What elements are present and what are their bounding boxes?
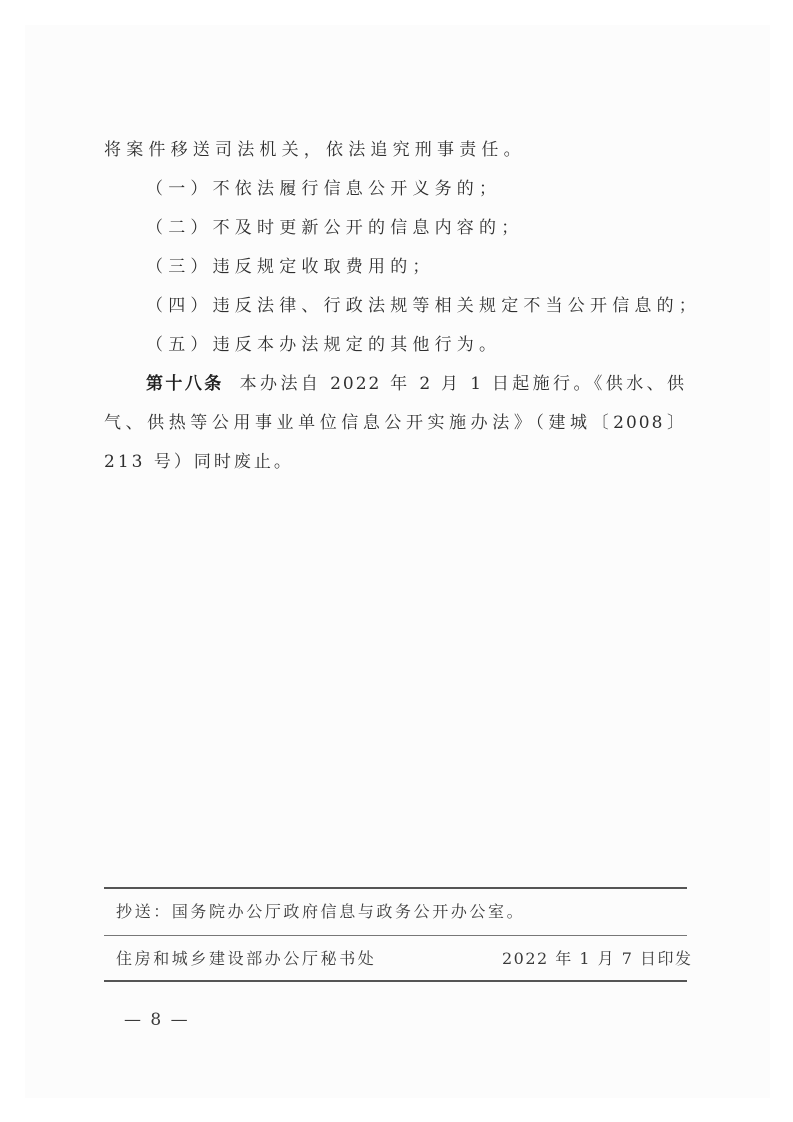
list-item-label: （一） xyxy=(146,179,213,199)
list-item-text: 违反法律、行政法规等相关规定不当公开信息的； xyxy=(213,296,701,316)
document-page: 将案件移送司法机关，依法追究刑事责任。 （一）不依法履行信息公开义务的； （二）… xyxy=(0,0,793,1122)
article-text: 本办法自 2022 年 2 月 1 日起施行。《供水、供 xyxy=(240,374,686,394)
list-item-label: （三） xyxy=(146,257,213,277)
continuation-line: 将案件移送司法机关，依法追究刑事责任。 xyxy=(104,139,686,161)
list-item-text: 不及时更新公开的信息内容的； xyxy=(213,218,524,238)
cc-line: 抄送：国务院办公厅政府信息与政务公开办公室。 xyxy=(116,901,525,923)
list-item-label: （二） xyxy=(146,218,213,238)
footer-middle-rule xyxy=(104,935,687,936)
issue-date: 2022 年 1 月 7 日印发 xyxy=(502,948,693,970)
list-item-label: （五） xyxy=(146,335,213,355)
article-label: 第十八条 xyxy=(146,374,224,394)
cc-recipient: 国务院办公厅政府信息与政务公开办公室。 xyxy=(172,902,525,921)
list-item-text: 不依法履行信息公开义务的； xyxy=(213,179,502,199)
article-18-line-2: 气、供热等公用事业单位信息公开实施办法》（建城〔2008〕 xyxy=(104,412,686,434)
list-item-1: （一）不依法履行信息公开义务的； xyxy=(146,178,728,200)
footer-bottom-rule xyxy=(104,980,687,982)
issuer: 住房和城乡建设部办公厅秘书处 xyxy=(116,948,376,970)
list-item-text: 违反规定收取费用的； xyxy=(213,257,435,277)
list-item-4: （四）违反法律、行政法规等相关规定不当公开信息的； xyxy=(146,295,728,317)
list-item-5: （五）违反本办法规定的其他行为。 xyxy=(146,334,728,356)
footer-top-rule xyxy=(104,887,687,889)
list-item-label: （四） xyxy=(146,296,213,316)
article-18-line-3: 213 号）同时废止。 xyxy=(104,451,686,473)
list-item-3: （三）违反规定收取费用的； xyxy=(146,256,728,278)
list-item-2: （二）不及时更新公开的信息内容的； xyxy=(146,217,728,239)
article-18-line-1: 第十八条本办法自 2022 年 2 月 1 日起施行。《供水、供 xyxy=(146,373,686,395)
page-number: — 8 — xyxy=(124,1009,190,1031)
cc-label: 抄送： xyxy=(116,902,172,921)
list-item-text: 违反本办法规定的其他行为。 xyxy=(213,335,502,355)
